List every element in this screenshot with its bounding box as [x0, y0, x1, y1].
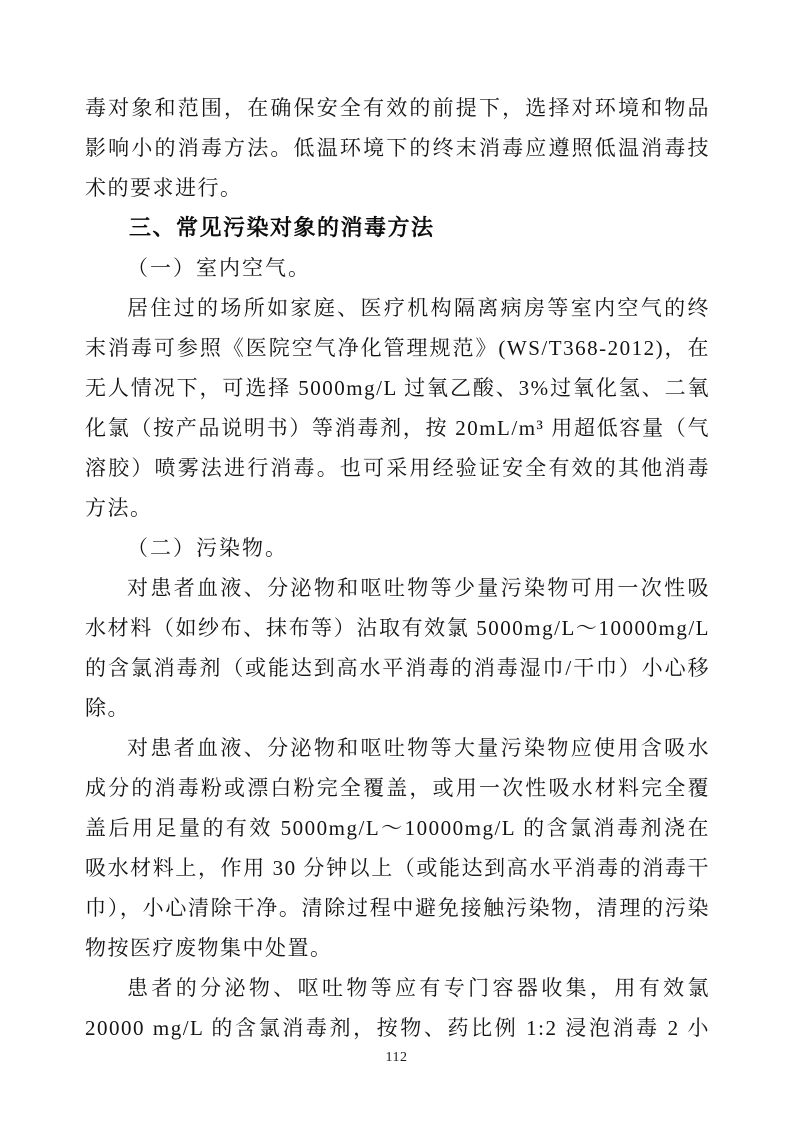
document-content: 毒对象和范围，在确保安全有效的前提下，选择对环境和物品影响小的消毒方法。低温环境…: [85, 88, 710, 1048]
paragraph-large-amount-pollutants: 对患者血液、分泌物和呕吐物等大量污染物应使用含吸水成分的消毒粉或漂白粉完全覆盖，…: [85, 728, 710, 968]
paragraph-indoor-air: 居住过的场所如家庭、医疗机构隔离病房等室内空气的终末消毒可参照《医院空气净化管理…: [85, 288, 710, 528]
subsection-heading-1: （一）室内空气。: [85, 248, 710, 288]
section-heading: 三、常见污染对象的消毒方法: [85, 208, 710, 248]
document-page: 毒对象和范围，在确保安全有效的前提下，选择对环境和物品影响小的消毒方法。低温环境…: [0, 0, 793, 1122]
paragraph-continued-from-previous-page: 毒对象和范围，在确保安全有效的前提下，选择对环境和物品影响小的消毒方法。低温环境…: [85, 88, 710, 208]
paragraph-small-amount-pollutants: 对患者血液、分泌物和呕吐物等少量污染物可用一次性吸水材料（如纱布、抹布等）沾取有…: [85, 568, 710, 728]
paragraph-secretions-cut-off: 患者的分泌物、呕吐物等应有专门容器收集，用有效氯 20000 mg/L 的含氯消…: [85, 968, 710, 1048]
subsection-heading-2: （二）污染物。: [85, 528, 710, 568]
page-number: 112: [0, 1050, 793, 1066]
